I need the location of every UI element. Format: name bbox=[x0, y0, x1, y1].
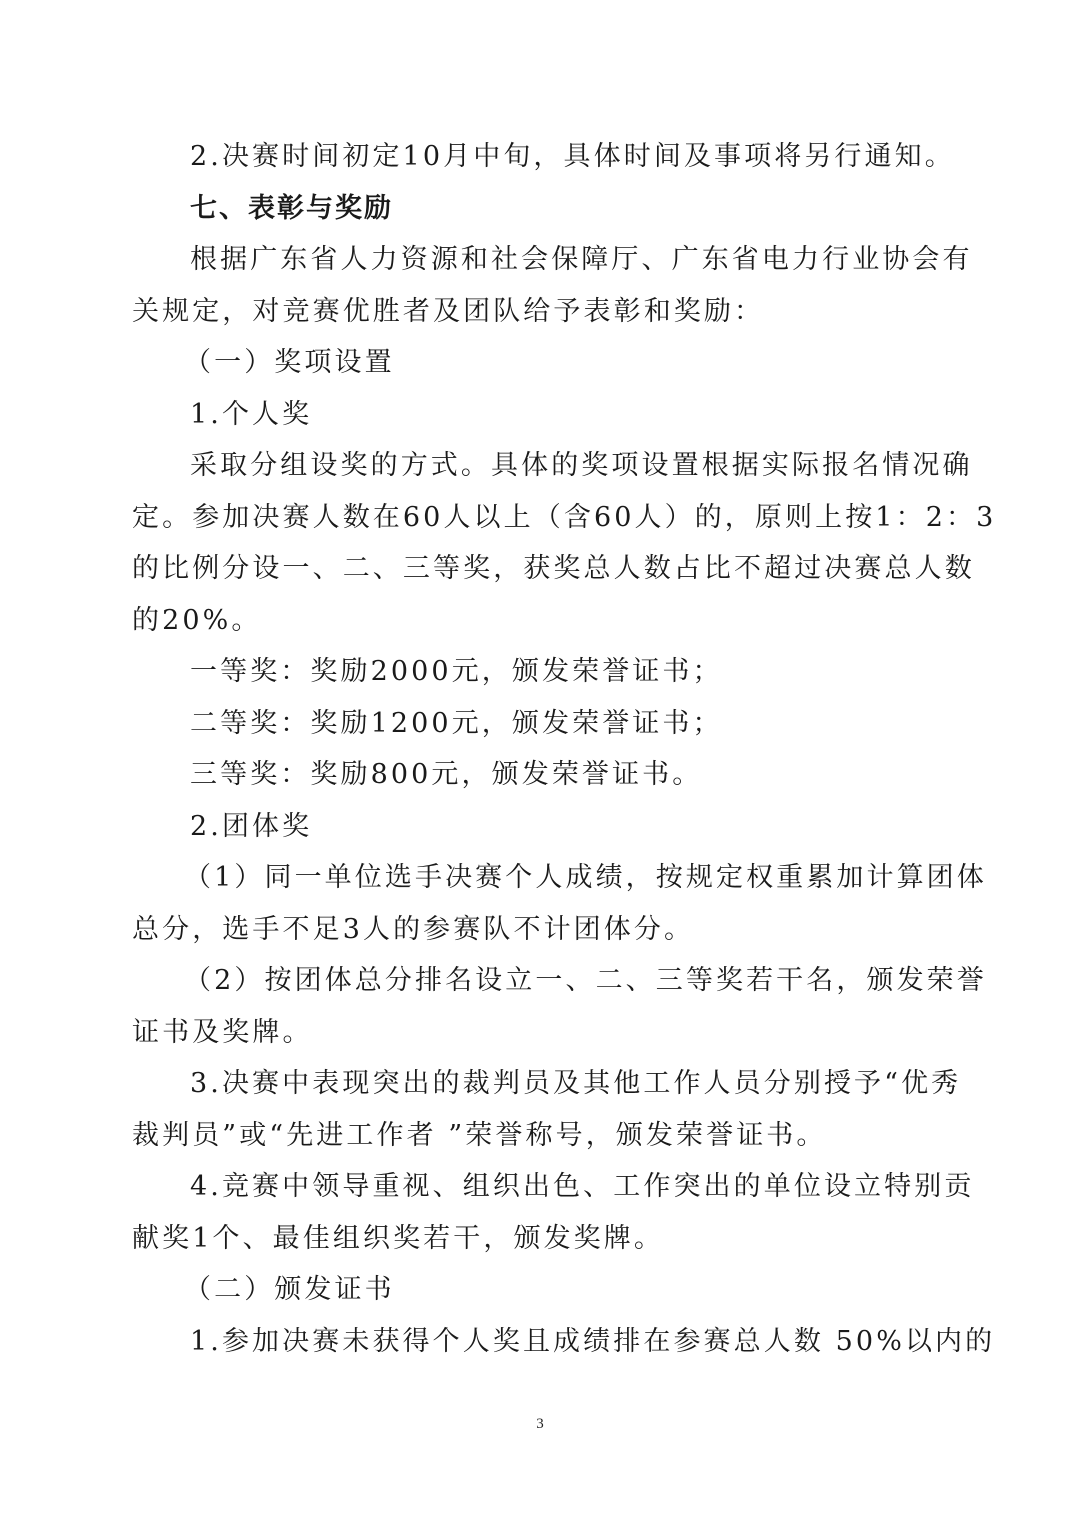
item-individual-award: 1.个人奖 bbox=[132, 389, 952, 441]
subheading-award-setup: （一）奖项设置 bbox=[132, 337, 952, 389]
team-rule-1-line1: （1）同一单位选手决赛个人成绩，按规定权重累加计算团体 bbox=[132, 852, 952, 904]
subheading-certificates: （二）颁发证书 bbox=[132, 1264, 952, 1316]
item-referee-honor-line2: 裁判员”或“先进工作者 ”荣誉称号，颁发荣誉证书。 bbox=[132, 1110, 952, 1162]
paragraph-individual-line4: 的20%。 bbox=[132, 595, 952, 647]
paragraph-individual-line1: 采取分组设奖的方式。具体的奖项设置根据实际报名情况确 bbox=[132, 440, 952, 492]
item-referee-honor-line1: 3.决赛中表现突出的裁判员及其他工作人员分别授予“优秀 bbox=[132, 1058, 952, 1110]
item-team-award: 2.团体奖 bbox=[132, 801, 952, 853]
paragraph-individual-line2: 定。参加决赛人数在60人以上（含60人）的，原则上按1：2：3 bbox=[132, 492, 952, 544]
item-contribution-award-line2: 献奖1个、最佳组织奖若干，颁发奖牌。 bbox=[132, 1213, 952, 1265]
paragraph-awards-basis-line1: 根据广东省人力资源和社会保障厅、广东省电力行业协会有 bbox=[132, 234, 952, 286]
item-certificate-line1: 1.参加决赛未获得个人奖且成绩排在参赛总人数 50%以内的 bbox=[132, 1316, 952, 1368]
section-heading-awards: 七、表彰与奖励 bbox=[132, 183, 952, 235]
team-rule-2-line2: 证书及奖牌。 bbox=[132, 1007, 952, 1059]
item-contribution-award-line1: 4.竞赛中领导重视、组织出色、工作突出的单位设立特别贡 bbox=[132, 1161, 952, 1213]
paragraph-individual-line3: 的比例分设一、二、三等奖，获奖总人数占比不超过决赛总人数 bbox=[132, 543, 952, 595]
first-prize-line: 一等奖：奖励2000元，颁发荣誉证书； bbox=[132, 646, 952, 698]
team-rule-1-line2: 总分，选手不足3人的参赛队不计团体分。 bbox=[132, 904, 952, 956]
document-page: 2.决赛时间初定10月中旬，具体时间及事项将另行通知。 七、表彰与奖励 根据广东… bbox=[132, 131, 952, 1367]
team-rule-2-line1: （2）按团体总分排名设立一、二、三等奖若干名，颁发荣誉 bbox=[132, 955, 952, 1007]
paragraph-awards-basis-line2: 关规定，对竞赛优胜者及团队给予表彰和奖励： bbox=[132, 286, 952, 338]
third-prize-line: 三等奖：奖励800元，颁发荣誉证书。 bbox=[132, 749, 952, 801]
page-number: 3 bbox=[0, 1416, 1080, 1433]
second-prize-line: 二等奖：奖励1200元，颁发荣誉证书； bbox=[132, 698, 952, 750]
paragraph-final-schedule: 2.决赛时间初定10月中旬，具体时间及事项将另行通知。 bbox=[132, 131, 952, 183]
